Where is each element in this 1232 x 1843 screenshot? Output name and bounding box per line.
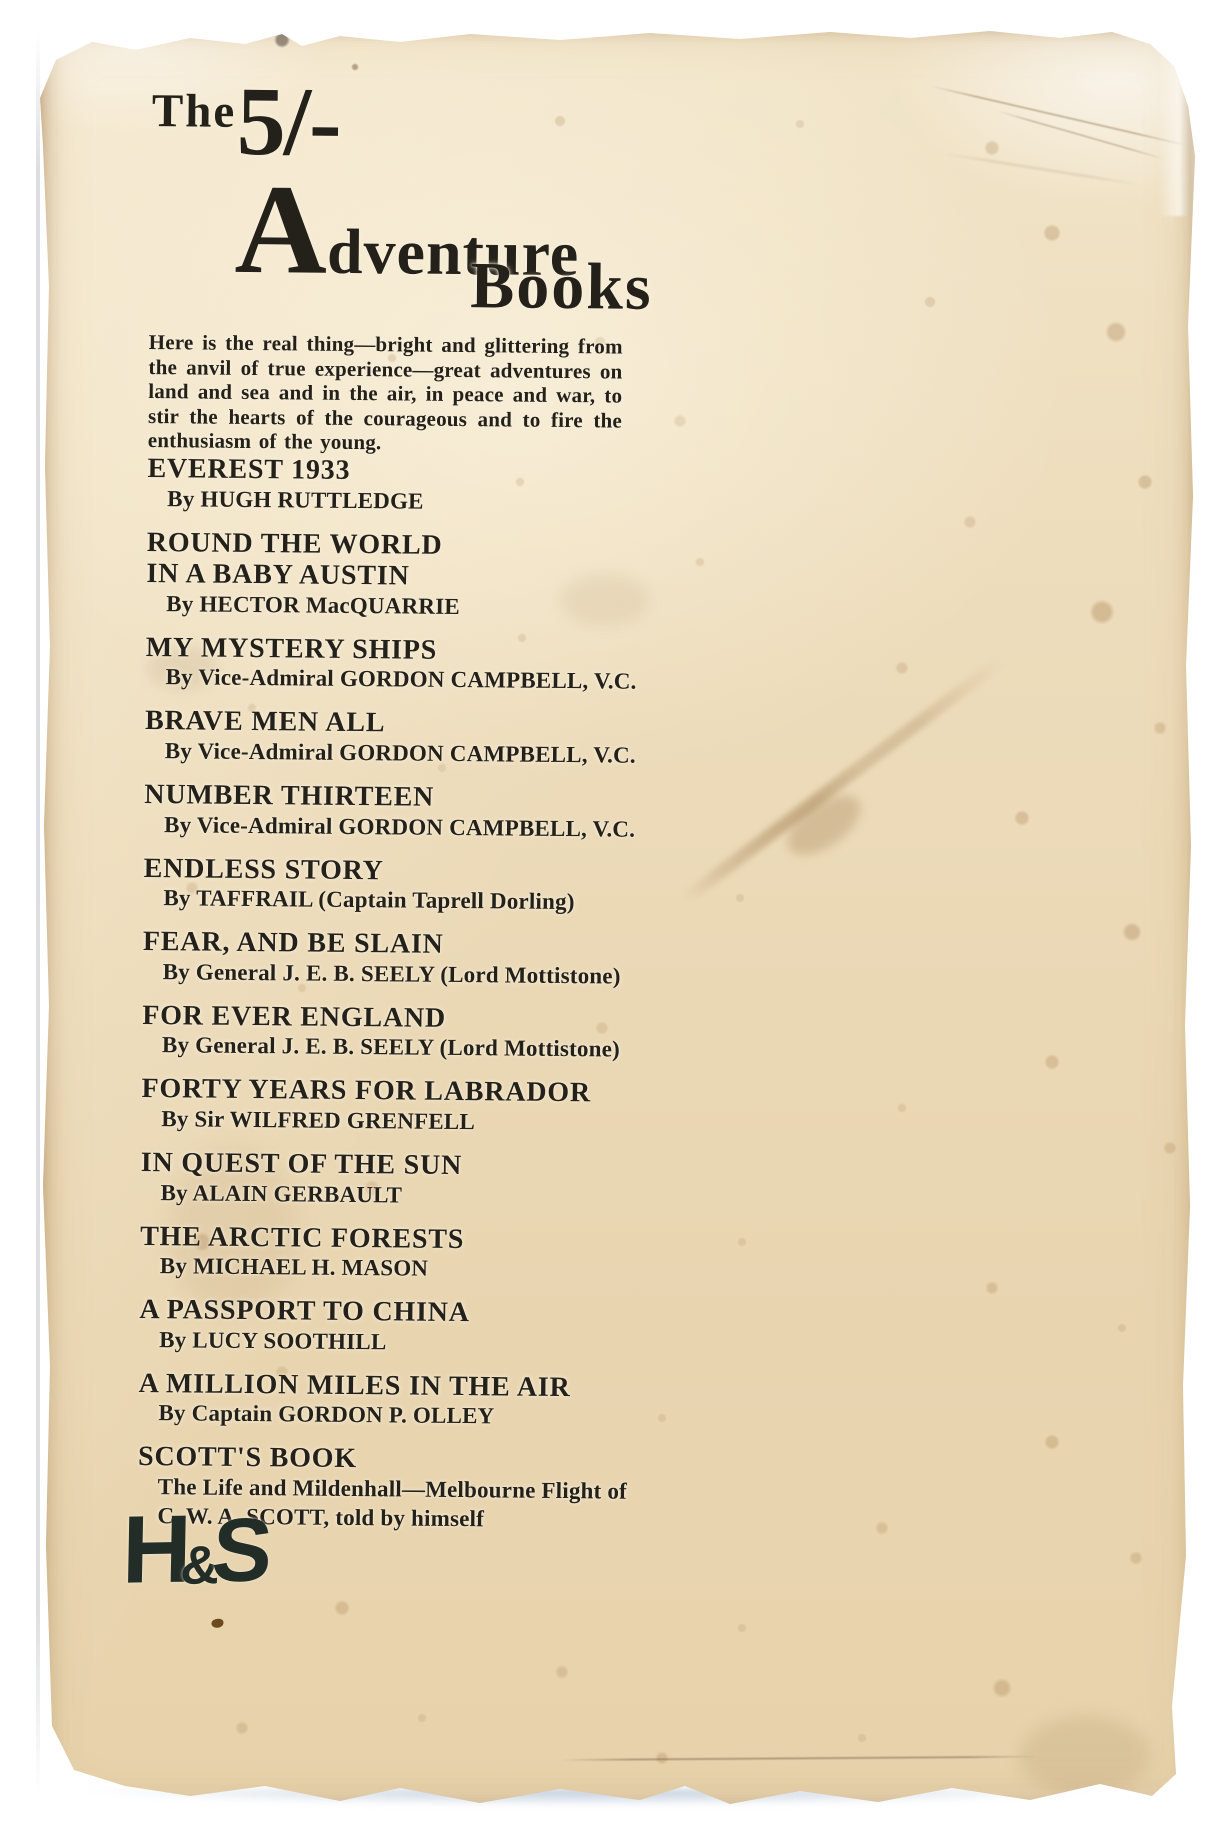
book-author: By HUGH RUTTLEDGE <box>147 485 707 519</box>
book-author: By Sir WILFRED GRENFELL <box>141 1105 701 1139</box>
book-author-line: By Vice-Admiral GORDON CAMPBELL, V.C. <box>165 737 705 771</box>
printed-content: The 5/- Adventure Books Here is the real… <box>24 25 1197 1822</box>
book-title-line: SCOTT'S BOOK <box>138 1441 698 1478</box>
book-entry: FORTY YEARS FOR LABRADOR By Sir WILFRED … <box>141 1073 702 1139</box>
book-author: By MICHAEL H. MASON <box>140 1252 700 1286</box>
book-author: By ALAIN GERBAULT <box>140 1179 700 1213</box>
book-title-line: IN A BABY AUSTIN <box>146 558 706 595</box>
book-author-line: By MICHAEL H. MASON <box>160 1252 700 1286</box>
ink-blot <box>211 1619 223 1628</box>
book-title: NUMBER THIRTEEN <box>144 779 704 816</box>
book-author-line: By HECTOR MacQUARRIE <box>166 590 706 624</box>
book-title: A PASSPORT TO CHINA <box>139 1294 699 1331</box>
book-title: FEAR, AND BE SLAIN <box>143 926 703 963</box>
book-title: ROUND THE WORLDIN A BABY AUSTIN <box>146 527 707 596</box>
book-author-line: By Captain GORDON P. OLLEY <box>158 1400 698 1434</box>
series-title-adventure-initial: A <box>234 165 328 294</box>
book-title-line: A PASSPORT TO CHINA <box>139 1294 699 1331</box>
book-entry: IN QUEST OF THE SUN By ALAIN GERBAULT <box>140 1147 701 1213</box>
book-title-line: EVEREST 1933 <box>147 453 707 490</box>
publisher-monogram: H & S <box>121 1507 273 1592</box>
book-entry: NUMBER THIRTEEN By Vice-Admiral GORDON C… <box>144 779 705 845</box>
series-title-the: The <box>152 88 237 136</box>
book-author: By TAFFRAIL (Captain Taprell Dorling) <box>143 884 703 918</box>
book-author-line: By Vice-Admiral GORDON CAMPBELL, V.C. <box>164 811 704 845</box>
book-entry: MY MYSTERY SHIPS By Vice-Admiral GORDON … <box>145 632 706 698</box>
book-author: By General J. E. B. SEELY (Lord Mottisto… <box>142 1031 702 1065</box>
book-entry: ROUND THE WORLDIN A BABY AUSTIN By HECTO… <box>146 527 707 625</box>
book-title-line: IN QUEST OF THE SUN <box>141 1147 701 1184</box>
monogram-letter-s: S <box>210 1512 276 1590</box>
book-title: EVEREST 1933 <box>147 453 707 490</box>
book-author: By Captain GORDON P. OLLEY <box>138 1399 698 1433</box>
book-title: IN QUEST OF THE SUN <box>141 1147 701 1184</box>
book-author-line: By Vice-Admiral GORDON CAMPBELL, V.C. <box>165 664 705 698</box>
book-author: By Vice-Admiral GORDON CAMPBELL, V.C. <box>145 737 705 771</box>
book-author: By Vice-Admiral GORDON CAMPBELL, V.C. <box>145 663 705 697</box>
book-entry: A MILLION MILES IN THE AIR By Captain GO… <box>138 1368 699 1434</box>
book-entry: FEAR, AND BE SLAIN By General J. E. B. S… <box>143 926 704 992</box>
scanned-book-jacket-page: { "page": { "background_color": "#ffffff… <box>0 0 1232 1843</box>
series-title-price: 5/- <box>236 73 340 172</box>
book-author-line: By General J. E. B. SEELY (Lord Mottisto… <box>162 1032 702 1066</box>
book-author-line: By ALAIN GERBAULT <box>160 1179 700 1213</box>
book-author-line: By LUCY SOOTHILL <box>159 1326 699 1360</box>
book-title-line: NUMBER THIRTEEN <box>144 779 704 816</box>
book-author: By HECTOR MacQUARRIE <box>146 590 706 624</box>
book-title-line: FEAR, AND BE SLAIN <box>143 926 703 963</box>
book-author-line: By TAFFRAIL (Captain Taprell Dorling) <box>163 884 703 918</box>
book-entry: ENDLESS STORY By TAFFRAIL (Captain Tapre… <box>143 853 704 919</box>
book-list: EVEREST 1933 By HUGH RUTTLEDGE ROUND THE… <box>137 453 707 1549</box>
dust-jacket: The 5/- Adventure Books Here is the real… <box>40 26 1196 1812</box>
book-author-line: By HUGH RUTTLEDGE <box>167 485 707 519</box>
book-entry: THE ARCTIC FORESTS By MICHAEL H. MASON <box>140 1221 701 1287</box>
scanner-edge-line <box>36 34 40 1794</box>
book-entry: EVEREST 1933 By HUGH RUTTLEDGE <box>147 453 708 519</box>
book-entry: A PASSPORT TO CHINA By LUCY SOOTHILL <box>139 1294 700 1360</box>
intro-paragraph: Here is the real thing—bright and glitte… <box>148 330 623 457</box>
book-entry: BRAVE MEN ALL By Vice-Admiral GORDON CAM… <box>145 705 706 771</box>
book-author: By LUCY SOOTHILL <box>139 1326 699 1360</box>
series-title-books: Books <box>470 253 653 321</box>
book-author: By Vice-Admiral GORDON CAMPBELL, V.C. <box>144 811 704 845</box>
book-author-line: By Sir WILFRED GRENFELL <box>161 1105 701 1139</box>
book-author-line: By General J. E. B. SEELY (Lord Mottisto… <box>163 958 703 992</box>
book-entry: FOR EVER ENGLAND By General J. E. B. SEE… <box>142 1000 703 1066</box>
book-title: SCOTT'S BOOK <box>138 1441 698 1478</box>
book-author: By General J. E. B. SEELY (Lord Mottisto… <box>143 958 703 992</box>
